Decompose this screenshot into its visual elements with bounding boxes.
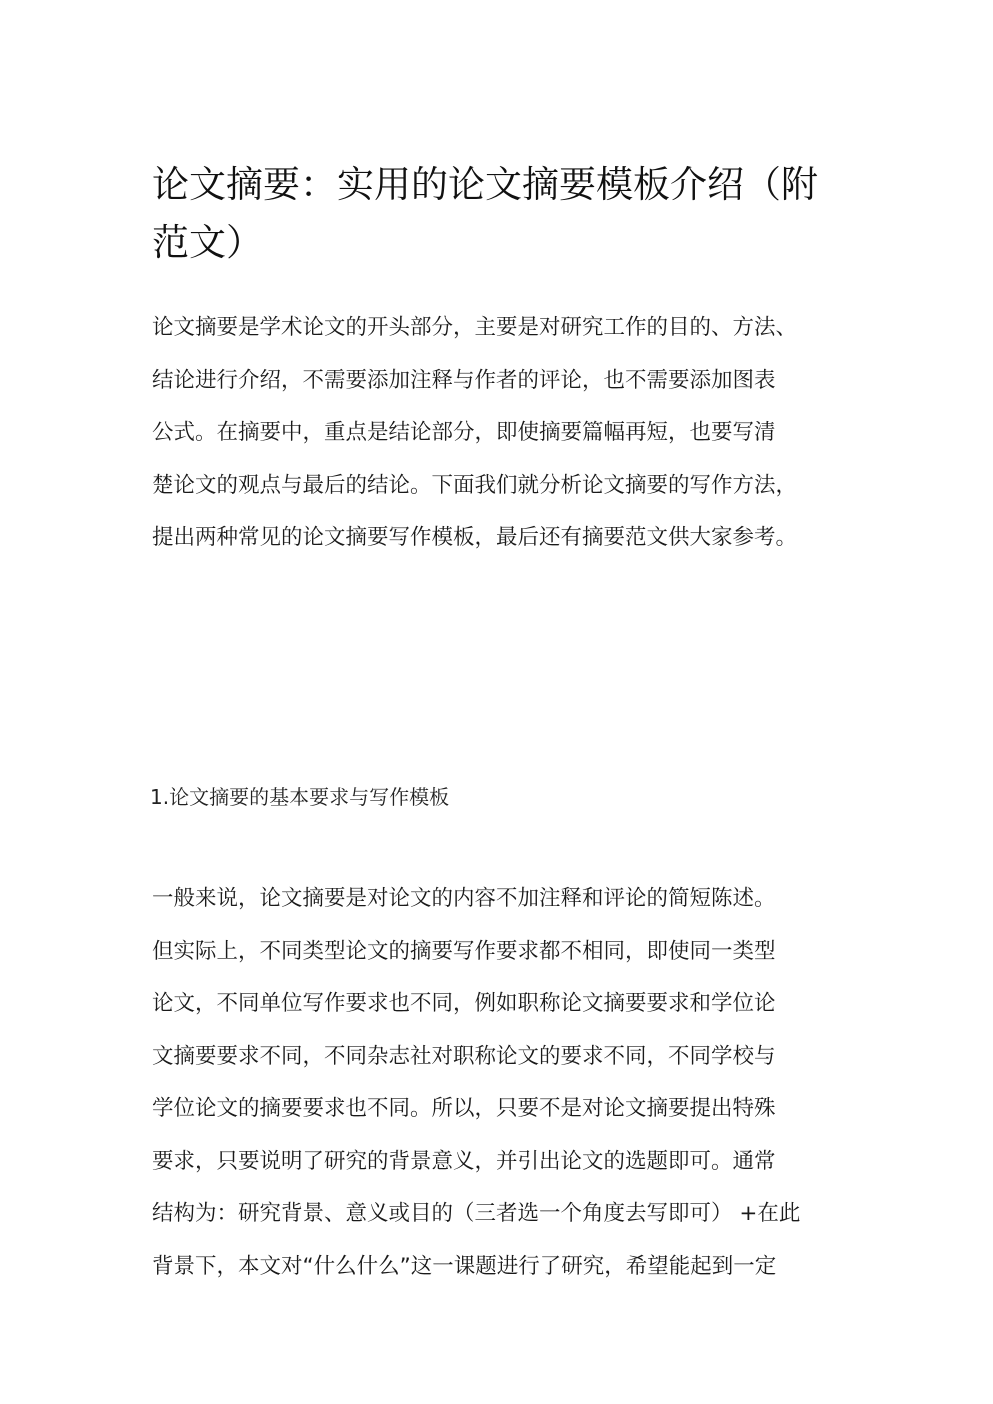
text-line: 文摘要要求不同，不同杂志社对职称论文的要求不同，不同学校与 [152,1031,852,1084]
document-title: 论文摘要：实用的论文摘要模板介绍（附 范文） [152,156,852,272]
text-line: 结论进行介绍，不需要添加注释与作者的评论，也不需要添加图表 [152,355,852,408]
document-page: 论文摘要：实用的论文摘要模板介绍（附 范文） 论文摘要是学术论文的开头部分，主要… [0,0,993,1404]
text-line: 背景下，本文对“什么什么”这一课题进行了研究，希望能起到一定 [152,1241,852,1294]
text-line: 公式。在摘要中，重点是结论部分，即使摘要篇幅再短，也要写清 [152,407,852,460]
intro-paragraph: 论文摘要是学术论文的开头部分，主要是对研究工作的目的、方法、 结论进行介绍，不需… [152,302,852,565]
text-line: 论文摘要是学术论文的开头部分，主要是对研究工作的目的、方法、 [152,302,852,355]
section-body-paragraph: 一般来说，论文摘要是对论文的内容不加注释和评论的简短陈述。 但实际上，不同类型论… [152,873,852,1293]
text-line: 提出两种常见的论文摘要写作模板，最后还有摘要范文供大家参考。 [152,512,852,565]
text-line: 楚论文的观点与最后的结论。下面我们就分析论文摘要的写作方法， [152,460,852,513]
title-line: 论文摘要：实用的论文摘要模板介绍（附 [152,156,852,214]
text-line: 但实际上，不同类型论文的摘要写作要求都不相同，即使同一类型 [152,926,852,979]
title-line: 范文） [152,214,852,272]
text-line: 结构为：研究背景、意义或目的（三者选一个角度去写即可） +在此 [152,1188,852,1241]
text-line: 论文，不同单位写作要求也不同，例如职称论文摘要要求和学位论 [152,978,852,1031]
text-line: 一般来说，论文摘要是对论文的内容不加注释和评论的简短陈述。 [152,873,852,926]
text-line: 要求，只要说明了研究的背景意义，并引出论文的选题即可。通常 [152,1136,852,1189]
text-line: 学位论文的摘要要求也不同。所以，只要不是对论文摘要提出特殊 [152,1083,852,1136]
section-heading: 1.论文摘要的基本要求与写作模板 [150,782,449,812]
